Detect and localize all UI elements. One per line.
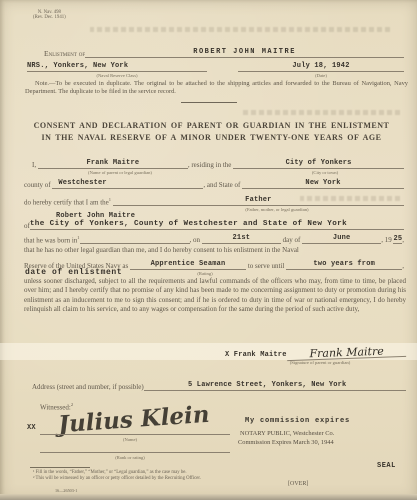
enlistee-name-value: ROBERT JOHN MAITRE: [85, 48, 404, 58]
minor-row: of the City of Yonkers, County of Westch…: [24, 219, 404, 230]
footnote-rule: [30, 467, 90, 468]
parent-name-value: Frank Maitre: [38, 159, 188, 169]
county-row: county of Westchester , and State of New…: [24, 176, 404, 189]
born-year-value: 25: [393, 235, 402, 244]
no-guardian-line: that he has no other legal guardian than…: [24, 246, 404, 254]
witness-rank-line: [40, 452, 230, 453]
city-caption: (City or town): [250, 170, 400, 175]
form-title: CONSENT AND DECLARATION OF PARENT OR GUA…: [20, 120, 403, 143]
address-row: Address (street and number, if possible): [32, 383, 406, 391]
state-value: New York: [242, 179, 404, 189]
on-label: , on: [190, 236, 202, 244]
end-comma: ,: [402, 236, 404, 244]
terms-paragraph: unless sooner discharged, subject to all…: [24, 277, 406, 315]
date-caption: (Date): [238, 73, 404, 78]
relationship-caption: (Father, mother, or legal guardian): [150, 207, 404, 212]
notary-stamp-line1: NOTARY PUBLIC, Westchester Co.: [240, 430, 334, 437]
dayof-label: day of: [281, 236, 302, 244]
parent-name-caption: (Name of parent or legal guardian): [45, 170, 195, 175]
address-label: Address (street and number, if possible): [32, 383, 144, 391]
serve-comma: ,: [402, 262, 404, 270]
form-title-line1: CONSENT AND DECLARATION OF PARENT OR GUA…: [20, 120, 403, 132]
footnote-2: ² This will be witnessed by an officer o…: [33, 476, 201, 481]
certify-label: do hereby certify that I am the1: [24, 197, 113, 206]
form-title-line2: IN THE NAVAL RESERVE OF A MINOR UNDER TW…: [20, 132, 403, 144]
typed-x-name: X Frank Maitre: [225, 351, 287, 359]
born-month-value: June: [302, 234, 381, 244]
born-day-value: 21st: [202, 234, 281, 244]
station-caption: (Naval Reserve Class): [27, 73, 207, 78]
footnote-ref-1b: 1: [77, 235, 79, 240]
city-value: City of Yonkers: [233, 159, 404, 169]
parent-signature-caption: (Signature of parent or guardian): [250, 360, 390, 365]
note-paragraph: Note.—To be executed in duplicate. The o…: [25, 80, 408, 95]
rating-value: Apprentice Seaman: [130, 260, 246, 270]
date-row: July 18, 1942: [238, 59, 404, 72]
rating-caption: (Rating): [150, 271, 260, 276]
serve-until-value: two years from: [286, 260, 402, 270]
date-value: July 18, 1942: [238, 62, 404, 72]
seal-text: SEAL: [377, 462, 396, 470]
serve-until-value-line2: date of enlistment: [25, 268, 122, 277]
parent-signature-script: Frank Maitre: [286, 346, 406, 361]
commission-typed: My commission expires: [245, 417, 350, 425]
witness-xx: XX: [27, 424, 36, 432]
scan-bottom-edge: [0, 494, 417, 500]
address-blank: [144, 390, 406, 391]
witness-rank-caption: (Rank or rating): [90, 455, 170, 460]
relationship-row: do hereby certify that I am the1 Father: [24, 193, 404, 206]
witness-signature-script: Julius Klein: [57, 401, 210, 439]
enlistment-row: Enlistment of ROBERT JOHN MAITRE: [44, 44, 404, 58]
serve-label: to serve until: [246, 262, 286, 270]
year-label: , 19: [381, 236, 393, 244]
witness-name-caption: (Name): [90, 437, 170, 442]
station-value: NRS., Yonkers, New York: [27, 62, 207, 72]
enlistment-label: Enlistment of: [44, 49, 85, 58]
bleedthrough-line: [240, 110, 400, 115]
over-text: [OVER]: [288, 481, 308, 487]
born-date-row: that he was born in1 , on 21st day of Ju…: [24, 231, 404, 244]
footnote-ref-1: 1: [109, 197, 111, 202]
relationship-value: Father: [113, 196, 404, 206]
born-place-blank: [80, 243, 190, 244]
print-code: 16—26503-1: [55, 488, 77, 493]
state-label: , and State of: [203, 181, 242, 189]
form-revision: (Rev. Dec. 1941): [33, 15, 66, 20]
witness-name-line: [40, 434, 230, 435]
county-value: Westchester: [52, 179, 203, 189]
born-label: that he was born in1: [24, 235, 80, 244]
notary-stamp-line2: Commission Expires March 30, 1944: [238, 439, 334, 446]
footnote-1: ¹ Fill in the words, “Father,” “Mother,”…: [33, 470, 187, 475]
bleedthrough-line: [90, 27, 390, 32]
parent-signature-row: X Frank Maitre Frank Maitre: [225, 346, 406, 359]
footnote-ref-2: 2: [71, 402, 73, 407]
separator-rule: [181, 102, 237, 103]
parent-row: I, Frank Maitre , residing in the City o…: [32, 156, 404, 169]
county-label: county of: [24, 181, 52, 189]
scanned-form-page: N. Nav. 498 (Rev. Dec. 1941) Enlistment …: [0, 0, 417, 500]
station-row: NRS., Yonkers, New York: [27, 59, 207, 72]
form-number-block: N. Nav. 498 (Rev. Dec. 1941): [33, 10, 66, 20]
residing-label: , residing in the: [188, 161, 233, 169]
born-place-value: the City of Yonkers, County of Westchest…: [30, 220, 404, 230]
